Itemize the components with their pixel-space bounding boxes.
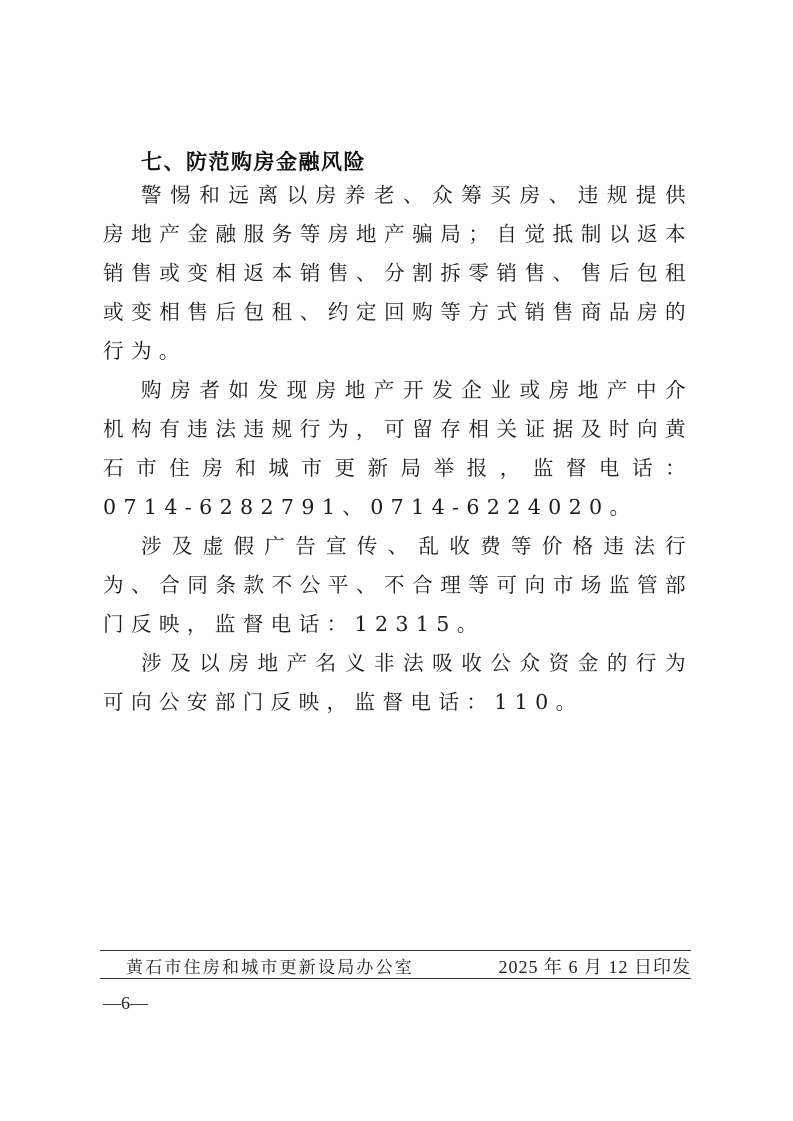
- section-heading: 七、防范购房金融风险: [141, 146, 366, 178]
- document-page: 七、防范购房金融风险 警惕和远离以房养老、众筹买房、违规提供房地产金融服务等房地…: [0, 0, 793, 1121]
- footer-issuer: 黄石市住房和城市更新设局办公室: [126, 953, 414, 978]
- paragraph-fraud-warning: 警惕和远离以房养老、众筹买房、违规提供房地产金融服务等房地产骗局；自觉抵制以返本…: [103, 176, 693, 371]
- paragraph-report-violations: 购房者如发现房地产开发企业或房地产中介机构有违法违规行为，可留存相关证据及时向黄…: [103, 371, 693, 527]
- section-body: 警惕和远离以房养老、众筹买房、违规提供房地产金融服务等房地产骗局；自觉抵制以返本…: [103, 176, 693, 722]
- footer-top-rule: [100, 950, 691, 951]
- paragraph-police-report: 涉及以房地产名义非法吸收公众资金的行为可向公安部门反映，监督电话：110。: [103, 644, 693, 722]
- footer-bottom-rule: [100, 978, 691, 979]
- paragraph-market-supervision: 涉及虚假广告宣传、乱收费等价格违法行为、合同条款不公平、不合理等可向市场监管部门…: [103, 527, 693, 644]
- page-number: —6—: [103, 993, 148, 1014]
- footer-print-date: 2025 年 6 月 12 日印发: [499, 953, 692, 979]
